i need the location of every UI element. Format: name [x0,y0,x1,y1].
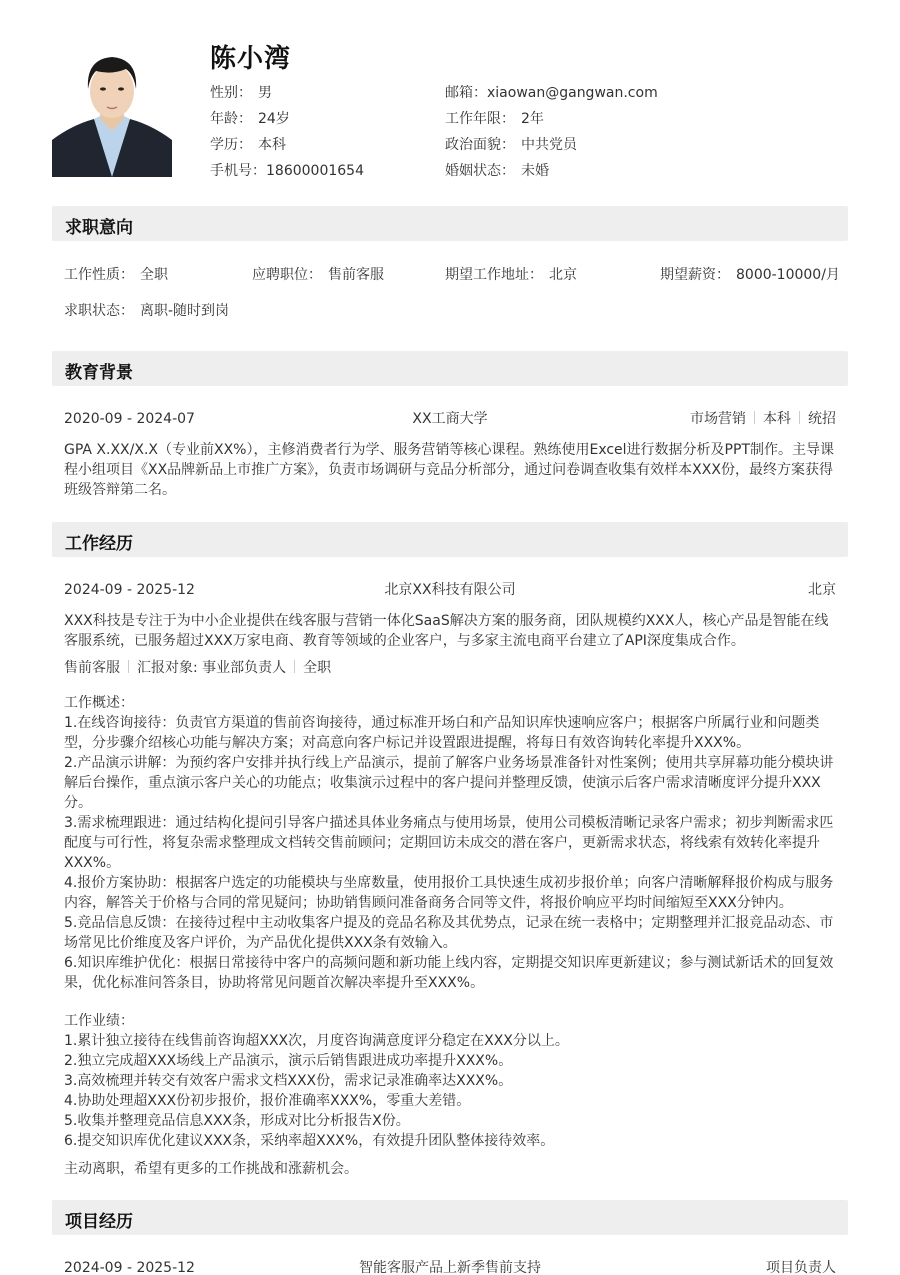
work-achievements-title: 工作业绩： [64,1011,839,1031]
work-leave-reason: 主动离职，希望有更多的工作挑战和涨薪机会。 [64,1159,839,1179]
intent-label: 期望工作地址： [445,267,543,283]
info-label: 邮箱： [445,85,487,101]
avatar-photo [52,45,172,177]
intent-job-type: 工作性质：全职 [64,265,168,285]
info-value: 2年 [521,111,544,127]
info-phone: 手机号：18600001654 [210,158,364,184]
info-value: xiaowan@gangwan.com [487,85,658,101]
work-achievement-item: 1.累计独立接待在线售前咨询超XXX次，月度咨询满意度评分稳定在XXX分以上。 [64,1031,839,1051]
work-location: 北京 [808,580,836,600]
info-work-years: 工作年限：2年 [445,106,658,132]
info-marital-status: 婚姻状态：未婚 [445,158,658,184]
work-type: 全职 [303,660,331,676]
section-title: 求职意向 [65,213,133,238]
work-overview-item: 4.报价方案协助：根据客户选定的功能模块与坐席数量，使用报价工具快速生成初步报价… [64,873,839,913]
project-role: 项目负责人 [766,1258,836,1275]
info-value: 中共党员 [521,137,577,153]
info-gender: 性别：男 [210,80,364,106]
work-tags: 售前客服汇报对象: 事业部负责人全职 [64,658,836,678]
section-title: 教育背景 [65,358,133,383]
education-description-text: GPA X.XX/X.X（专业前XX%），主修消费者行为学、服务营销等核心课程。… [64,440,839,500]
work-achievement-item: 5.收集并整理竞品信息XXX条，形成对比分析报告X份。 [64,1111,839,1131]
work-overview-item: 2.产品演示讲解：为预约客户安排并执行线上产品演示，提前了解客户业务场景准备针对… [64,753,839,813]
info-label: 婚姻状态： [445,163,515,179]
work-achievements: 工作业绩： 1.累计独立接待在线售前咨询超XXX次，月度咨询满意度评分稳定在XX… [64,1011,839,1151]
intent-label: 工作性质： [64,267,134,283]
info-value: 男 [258,85,272,101]
work-overview: 工作概述： 1.在线咨询接待：负责官方渠道的售前咨询接待，通过标准开场白和产品知… [64,693,839,993]
section-title: 项目经历 [65,1207,133,1232]
info-value: 本科 [258,137,286,153]
work-overview-item: 3.需求梳理跟进：通过结构化提问引导客户描述具体业务痛点与使用场景，使用公司模板… [64,813,839,873]
work-leave-reason-text: 主动离职，希望有更多的工作挑战和涨薪机会。 [64,1159,839,1179]
education-tags: 市场营销本科统招 [690,409,836,429]
work-report-to: 汇报对象: 事业部负责人 [137,660,286,676]
candidate-name: 陈小湾 [210,38,291,75]
intent-value: 离职-随时到岗 [140,303,229,319]
basic-info-left: 性别：男 年龄：24岁 学历：本科 手机号：18600001654 [210,80,364,184]
intent-status: 求职状态：离职-随时到岗 [64,301,229,321]
intent-label: 应聘职位： [252,267,322,283]
work-company-intro: XXX科技是专注于为中小企业提供在线客服与营销一体化SaaS解决方案的服务商，团… [64,611,839,651]
work-achievement-item: 4.协助处理超XXX份初步报价，报价准确率XXX%，零重大差错。 [64,1091,839,1111]
work-overview-item: 5.竞品信息反馈：在接待过程中主动收集客户提及的竞品名称及其优势点，记录在统一表… [64,913,839,953]
intent-value: 北京 [549,267,577,283]
intent-value: 8000-10000/月 [736,267,840,283]
work-overview-title: 工作概述： [64,693,839,713]
section-header-education: 教育背景 [52,351,848,386]
work-overview-item: 1.在线咨询接待：负责官方渠道的售前咨询接待，通过标准开场白和产品知识库快速响应… [64,713,839,753]
education-degree: 本科 [763,411,791,427]
info-email: 邮箱：xiaowan@gangwan.com [445,80,658,106]
section-title: 工作经历 [65,529,133,554]
info-label: 工作年限： [445,111,515,127]
project-name: 智能客服产品上新季售前支持 [64,1258,836,1275]
info-value: 24岁 [258,111,290,127]
education-major: 市场营销 [690,411,746,427]
education-entry-header: 2020-09 - 2024-07 XX工商大学 市场营销本科统招 [64,409,836,429]
work-company-intro-text: XXX科技是专注于为中小企业提供在线客服与营销一体化SaaS解决方案的服务商，团… [64,611,839,651]
work-company: 北京XX科技有限公司 [64,580,836,600]
info-label: 学历： [210,137,252,153]
info-degree: 学历：本科 [210,132,364,158]
intent-location: 期望工作地址：北京 [445,265,577,285]
work-entry-header: 2024-09 - 2025-12 北京XX科技有限公司 北京 [64,580,836,600]
divider [754,411,755,424]
info-value: 未婚 [521,163,549,179]
info-age: 年龄：24岁 [210,106,364,132]
basic-info-right: 邮箱：xiaowan@gangwan.com 工作年限：2年 政治面貌：中共党员… [445,80,658,184]
info-label: 政治面貌： [445,137,515,153]
resume-page: 陈小湾 性别：男 年龄：24岁 学历：本科 手机号：18600001654 邮箱… [0,0,900,1275]
intent-value: 全职 [140,267,168,283]
intent-label: 期望薪资： [660,267,730,283]
divider [128,660,129,673]
section-header-work: 工作经历 [52,522,848,557]
work-achievement-item: 2.独立完成超XXX场线上产品演示，演示后销售跟进成功率提升XXX%。 [64,1051,839,1071]
intent-position: 应聘职位：售前客服 [252,265,384,285]
work-achievement-item: 6.提交知识库优化建议XXX条，采纳率超XXX%，有效提升团队整体接待效率。 [64,1131,839,1151]
info-label: 年龄： [210,111,252,127]
info-political-status: 政治面貌：中共党员 [445,132,658,158]
divider [294,660,295,673]
section-header-job-intent: 求职意向 [52,206,848,241]
work-overview-item: 6.知识库维护优化：根据日常接待中客户的高频问题和新功能上线内容，定期提交知识库… [64,953,839,993]
work-achievement-item: 3.高效梳理并转交有效客户需求文档XXX份，需求记录准确率达XXX%。 [64,1071,839,1091]
intent-label: 求职状态： [64,303,134,319]
intent-value: 售前客服 [328,267,384,283]
project-entry-header: 2024-09 - 2025-12 智能客服产品上新季售前支持 项目负责人 [64,1258,836,1275]
education-description: GPA X.XX/X.X（专业前XX%），主修消费者行为学、服务营销等核心课程。… [64,440,839,500]
section-header-project: 项目经历 [52,1200,848,1235]
intent-salary: 期望薪资：8000-10000/月 [660,265,840,285]
divider [799,411,800,424]
info-label: 手机号： [210,163,266,179]
info-label: 性别： [210,85,252,101]
info-value: 18600001654 [266,163,364,179]
education-type: 统招 [808,411,836,427]
work-role: 售前客服 [64,660,120,676]
